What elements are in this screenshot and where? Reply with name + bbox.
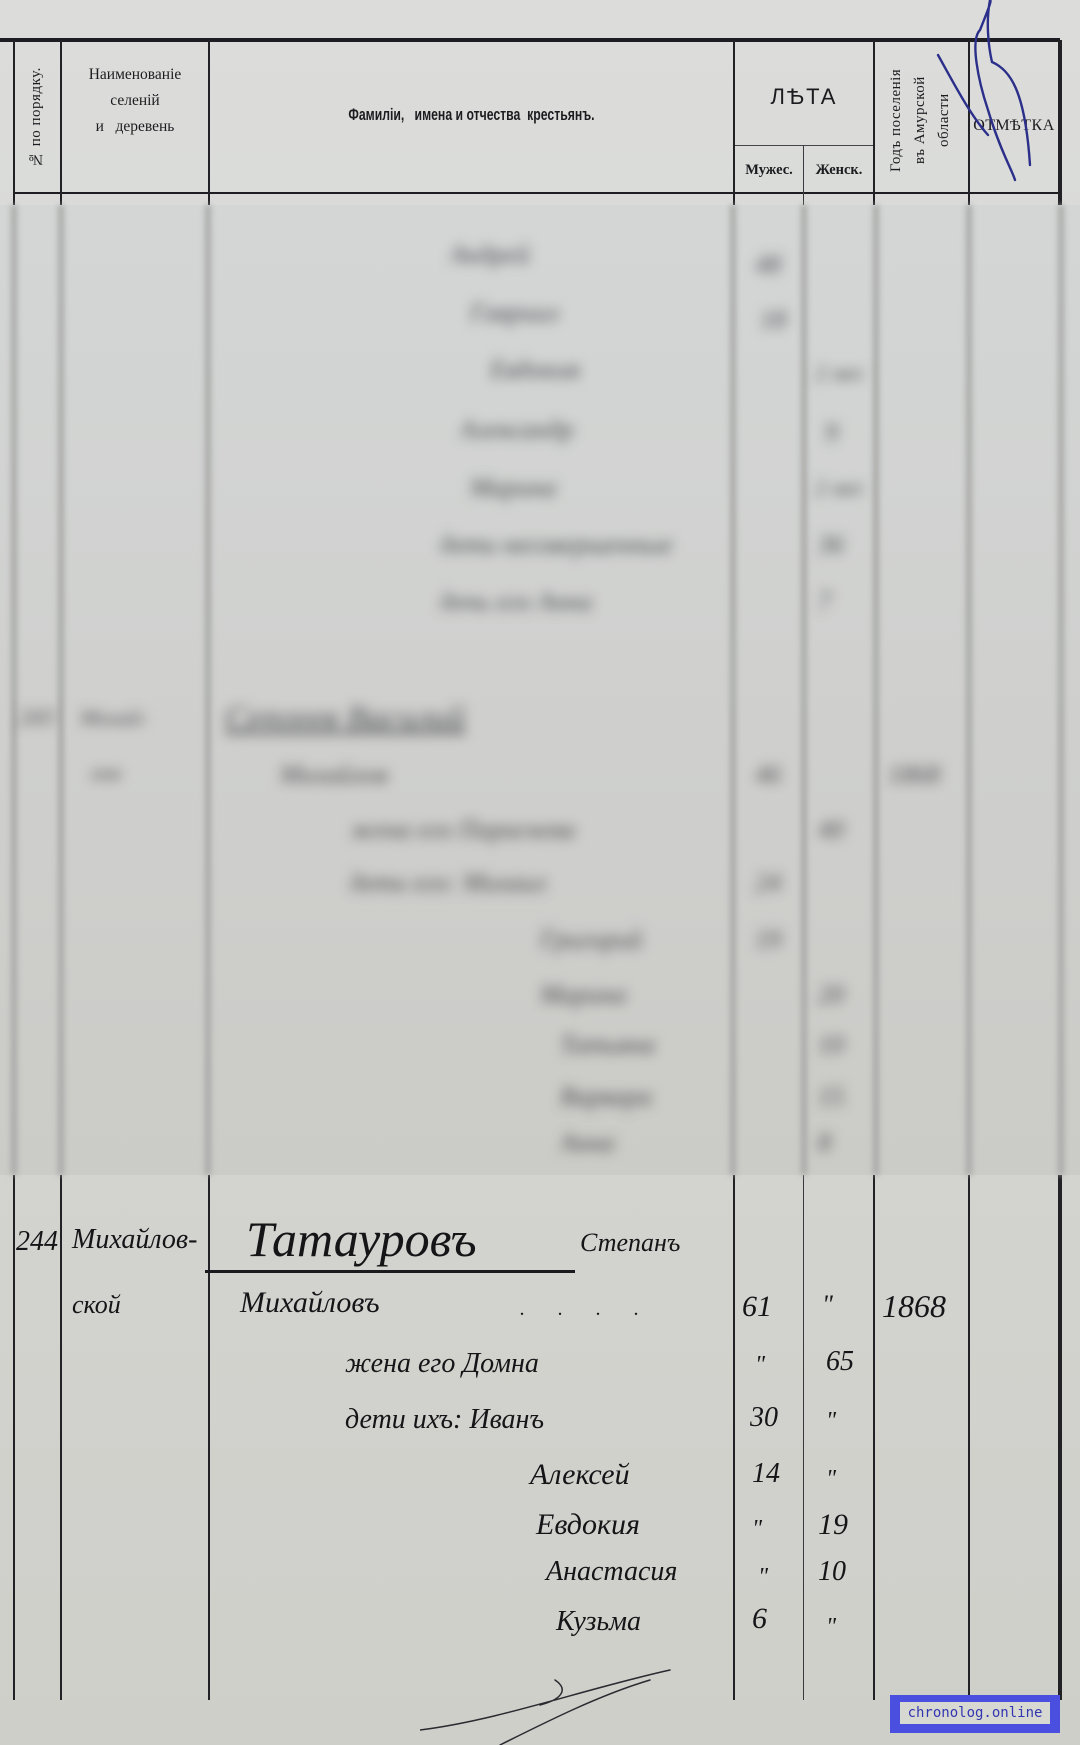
blurred-name: Гавриил [470, 298, 559, 328]
blurred-female-age: 36 [818, 530, 844, 560]
member-label: жена его Домна [345, 1348, 539, 1380]
member-male-age: 6 [752, 1602, 767, 1636]
watermark-text: chronolog.online [900, 1702, 1050, 1724]
blurred-male-age: 24 [755, 868, 781, 898]
blurred-name: Татьяна [560, 1030, 655, 1060]
header-names: Фамиліи, имена и отчества крестьянъ. [283, 105, 660, 125]
blurred-col-line [58, 205, 64, 1175]
entry-given-name: Степанъ [580, 1228, 680, 1258]
member-male-age: " [755, 1352, 765, 1379]
header-age-male: Мужес. [735, 162, 803, 179]
blurred-name: Андрей [450, 240, 529, 270]
entry-patronymic: Михайловъ [240, 1286, 380, 1320]
member-male-age: " [752, 1516, 762, 1543]
leader-dots: . . . . [520, 1298, 653, 1321]
blurred-name: дети его: Михаил [350, 868, 546, 898]
header-settlement-line1: Наименованіе [62, 62, 208, 88]
blurred-female-age: 15 [818, 1082, 844, 1112]
blurred-name: Марина [470, 473, 556, 503]
blurred-female-age: 7 [818, 587, 831, 617]
header-age: ЛѢТА [735, 84, 873, 110]
blurred-col-line [801, 205, 807, 1175]
entry-head-male-age: 61 [742, 1290, 772, 1324]
header-settlement-line3: и деревень [62, 114, 208, 140]
blurred-surname: Сергеев Василий [225, 700, 465, 738]
blurred-male-age: 48 [755, 250, 781, 280]
member-male-age: 30 [750, 1402, 778, 1434]
member-male-age: " [758, 1564, 768, 1591]
blurred-name: Григорий [540, 925, 642, 955]
blurred-female-age: 40 [818, 815, 844, 845]
blurred-name: дочь его Анна [440, 587, 592, 617]
blurred-col-line [11, 205, 17, 1175]
blurred-name: Марина [540, 980, 626, 1010]
blurred-female-age: 2 мес [815, 360, 865, 386]
document-page: № по порядку. Наименованіе селеній и дер… [0, 0, 1080, 1745]
member-label: дети ихъ: Иванъ [345, 1404, 544, 1436]
header-year-line1: Годъ поселенія [888, 52, 905, 188]
blurred-col-line [205, 205, 211, 1175]
member-female-age: 10 [818, 1556, 846, 1588]
entry-head-female-age: " [822, 1290, 833, 1320]
header-year-line2: въ Амурской [912, 52, 929, 188]
blurred-name: дети несовершенные [440, 530, 673, 560]
header-settlement: Наименованіе селеній и деревень [62, 62, 208, 140]
blurred-col-line [730, 205, 736, 1175]
header-bottom-border [14, 192, 1060, 194]
blurred-col-line [873, 205, 879, 1175]
blurred-female-age: 2 мес [815, 475, 865, 501]
blurred-female-age: 9 [825, 418, 838, 448]
entry-year-settled: 1868 [882, 1288, 946, 1325]
blurred-female-age: 8 [818, 1128, 831, 1158]
member-female-age: 65 [826, 1346, 854, 1378]
entry-settlement-line2: ской [72, 1290, 121, 1320]
header-number: № по порядку. [28, 50, 45, 185]
entry-number: 244 [16, 1226, 58, 1258]
blurred-name: Евдокия [490, 355, 580, 385]
header-settlement-line2: селеній [62, 88, 208, 114]
member-female-age: " [826, 1614, 836, 1641]
blurred-name: жена его Параскева [350, 815, 575, 845]
blue-pencil-mark-icon [930, 0, 1040, 195]
member-male-age: 14 [752, 1458, 780, 1490]
blurred-col-line [966, 205, 972, 1175]
blurred-male-age: 18 [760, 305, 786, 335]
blurred-year: 1868 [888, 760, 940, 790]
member-label: Алексей [530, 1458, 630, 1492]
pen-flourish-icon [420, 1660, 680, 1745]
entry-surname: Татауровъ [246, 1210, 477, 1268]
member-label: Анастасия [546, 1556, 677, 1588]
member-label: Кузьма [556, 1606, 641, 1638]
header-top-border [0, 38, 1060, 42]
blurred-number: 243 [18, 705, 54, 732]
blurred-name: Анна [560, 1128, 615, 1158]
blurred-patronymic: Михайлов [280, 760, 388, 790]
blurred-male-age: 19 [755, 925, 781, 955]
blurred-female-age: 20 [818, 980, 844, 1010]
blurred-male-age: 46 [755, 760, 781, 790]
header-age-female: Женск. [805, 162, 873, 179]
member-female-age: " [826, 1466, 836, 1493]
blurred-settlement: лов [90, 760, 120, 786]
member-female-age: " [826, 1408, 836, 1435]
blurred-settlement: Михай- [80, 705, 148, 731]
blurred-col-line [1058, 205, 1064, 1175]
member-female-age: 19 [818, 1508, 848, 1542]
blurred-entries-region [0, 205, 1080, 1175]
blurred-name: Александр [460, 415, 574, 445]
member-label: Евдокия [536, 1508, 640, 1542]
entry-settlement-line1: Михайлов- [72, 1224, 197, 1256]
surname-underline [205, 1270, 575, 1273]
blurred-female-age: 10 [818, 1030, 844, 1060]
watermark: chronolog.online [890, 1695, 1060, 1733]
blurred-name: Варвара [560, 1082, 652, 1112]
